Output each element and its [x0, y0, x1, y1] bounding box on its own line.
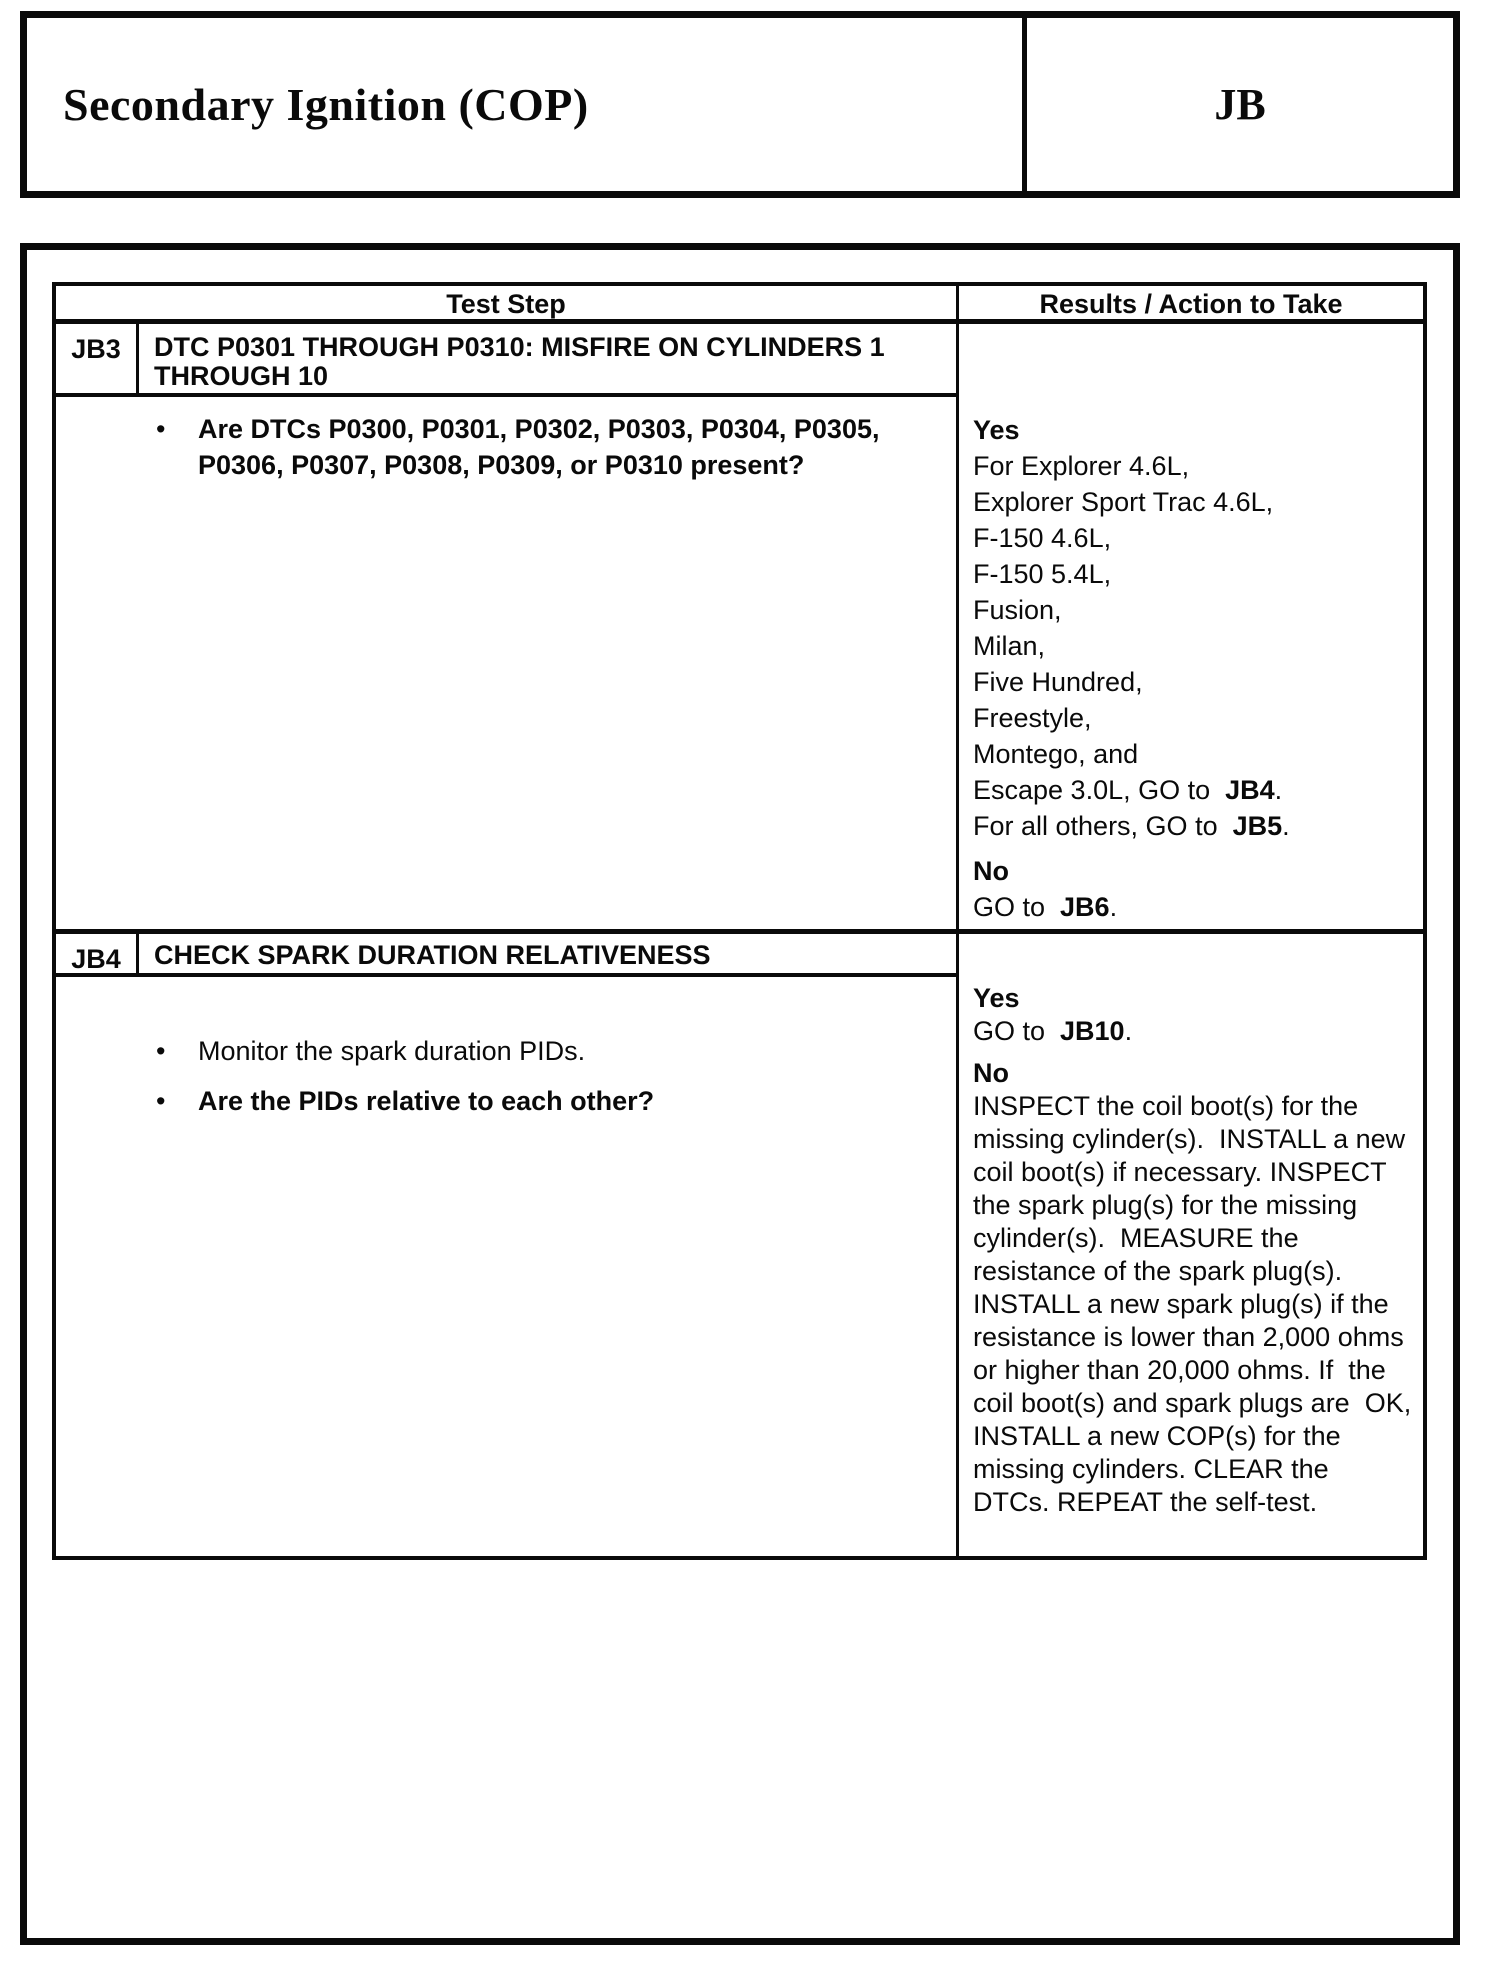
result-text: Five Hundred, [973, 667, 1143, 697]
bullet-icon: • [156, 1033, 198, 1069]
test-step-row-jb4: JB4 CHECK SPARK DURATION RELATIVENESS •M… [56, 934, 1423, 1556]
result-text-bold: No [973, 1058, 1009, 1088]
result-text: Fusion, [973, 595, 1062, 625]
result-text: Milan, [973, 631, 1045, 661]
result-text-bold: Yes [973, 415, 1020, 445]
bullet-text: Are the PIDs relative to each other? [198, 1083, 936, 1119]
step-bullets: •Monitor the spark duration PIDs.•Are th… [56, 977, 956, 1119]
result-line: GO to JB10. [973, 1015, 1413, 1048]
step-title: DTC P0301 THROUGH P0310: MISFIRE ON CYLI… [139, 324, 956, 393]
test-step-row-jb3: JB3 DTC P0301 THROUGH P0310: MISFIRE ON … [56, 324, 1423, 934]
step-id: JB4 [56, 934, 139, 973]
page-title: Secondary Ignition (COP) [63, 78, 589, 131]
content-frame: Test Step Results / Action to Take JB3 D… [20, 243, 1460, 1945]
bullet-item: •Are DTCs P0300, P0301, P0302, P0303, P0… [156, 411, 936, 483]
result-line: No [973, 853, 1413, 889]
result-line: GO to JB6. [973, 889, 1413, 925]
result-line: No [973, 1057, 1413, 1090]
result-text-bold: No [973, 856, 1009, 886]
result-text-bold: Yes [973, 983, 1020, 1013]
result-text: Freestyle, [973, 703, 1092, 733]
result-line: F-150 5.4L, [973, 556, 1413, 592]
result-text: . [1275, 775, 1283, 805]
step-results: YesFor Explorer 4.6L,Explorer Sport Trac… [959, 324, 1423, 929]
section-code: JB [1214, 79, 1265, 130]
result-text: Explorer Sport Trac 4.6L, [973, 487, 1273, 517]
result-text: For Explorer 4.6L, [973, 451, 1189, 481]
result-line: Fusion, [973, 592, 1413, 628]
result-text: . [1125, 1016, 1133, 1046]
result-text: F-150 4.6L, [973, 523, 1111, 553]
column-header-results: Results / Action to Take [959, 286, 1423, 319]
result-line: Milan, [973, 628, 1413, 664]
result-line: Yes [973, 412, 1413, 448]
bullet-text: Monitor the spark duration PIDs. [198, 1033, 936, 1069]
step-id: JB3 [56, 324, 139, 393]
test-step-cell: JB3 DTC P0301 THROUGH P0310: MISFIRE ON … [56, 324, 959, 929]
result-line: For all others, GO to JB5. [973, 808, 1413, 844]
result-line: For Explorer 4.6L, [973, 448, 1413, 484]
result-text: INSPECT the coil boot(s) for the missing… [973, 1091, 1419, 1517]
result-text: . [1282, 811, 1290, 841]
result-text: GO to [973, 1016, 1060, 1046]
result-line: Explorer Sport Trac 4.6L, [973, 484, 1413, 520]
result-text: Montego, and [973, 739, 1138, 769]
result-line: Montego, and [973, 736, 1413, 772]
result-text: Escape 3.0L, GO to [973, 775, 1225, 805]
column-header-test-step: Test Step [56, 286, 959, 319]
title-bar-right-cell: JB [1027, 18, 1453, 191]
bullet-icon: • [156, 411, 198, 483]
step-bullets: •Are DTCs P0300, P0301, P0302, P0303, P0… [56, 397, 956, 483]
table-header-row: Test Step Results / Action to Take [56, 286, 1423, 324]
pinpoint-test-table: Test Step Results / Action to Take JB3 D… [52, 282, 1427, 1560]
result-text: . [1110, 892, 1118, 922]
result-line: Escape 3.0L, GO to JB4. [973, 772, 1413, 808]
result-text: F-150 5.4L, [973, 559, 1111, 589]
result-text-bold: JB5 [1233, 811, 1283, 841]
result-line: Freestyle, [973, 700, 1413, 736]
step-title: CHECK SPARK DURATION RELATIVENESS [139, 934, 956, 973]
bullet-item: •Monitor the spark duration PIDs. [156, 1033, 936, 1069]
result-line: INSPECT the coil boot(s) for the missing… [973, 1090, 1413, 1519]
title-bar: Secondary Ignition (COP) JB [20, 11, 1460, 198]
step-title-row: JB4 CHECK SPARK DURATION RELATIVENESS [56, 934, 956, 977]
result-text: GO to [973, 892, 1060, 922]
bullet-text: Are DTCs P0300, P0301, P0302, P0303, P03… [198, 411, 936, 483]
bullet-icon: • [156, 1083, 198, 1119]
result-line: Yes [973, 982, 1413, 1015]
result-text-bold: JB6 [1060, 892, 1110, 922]
result-text-bold: JB10 [1060, 1016, 1125, 1046]
step-title-row: JB3 DTC P0301 THROUGH P0310: MISFIRE ON … [56, 324, 956, 397]
title-bar-left-cell: Secondary Ignition (COP) [27, 18, 1027, 191]
document-page: Secondary Ignition (COP) JB Test Step Re… [0, 0, 1504, 1974]
result-text-bold: JB4 [1225, 775, 1275, 805]
result-line: Five Hundred, [973, 664, 1413, 700]
bullet-item: •Are the PIDs relative to each other? [156, 1083, 936, 1119]
result-line: F-150 4.6L, [973, 520, 1413, 556]
result-text: For all others, GO to [973, 811, 1233, 841]
step-results: YesGO to JB10.NoINSPECT the coil boot(s)… [959, 934, 1423, 1556]
test-step-cell: JB4 CHECK SPARK DURATION RELATIVENESS •M… [56, 934, 959, 1556]
